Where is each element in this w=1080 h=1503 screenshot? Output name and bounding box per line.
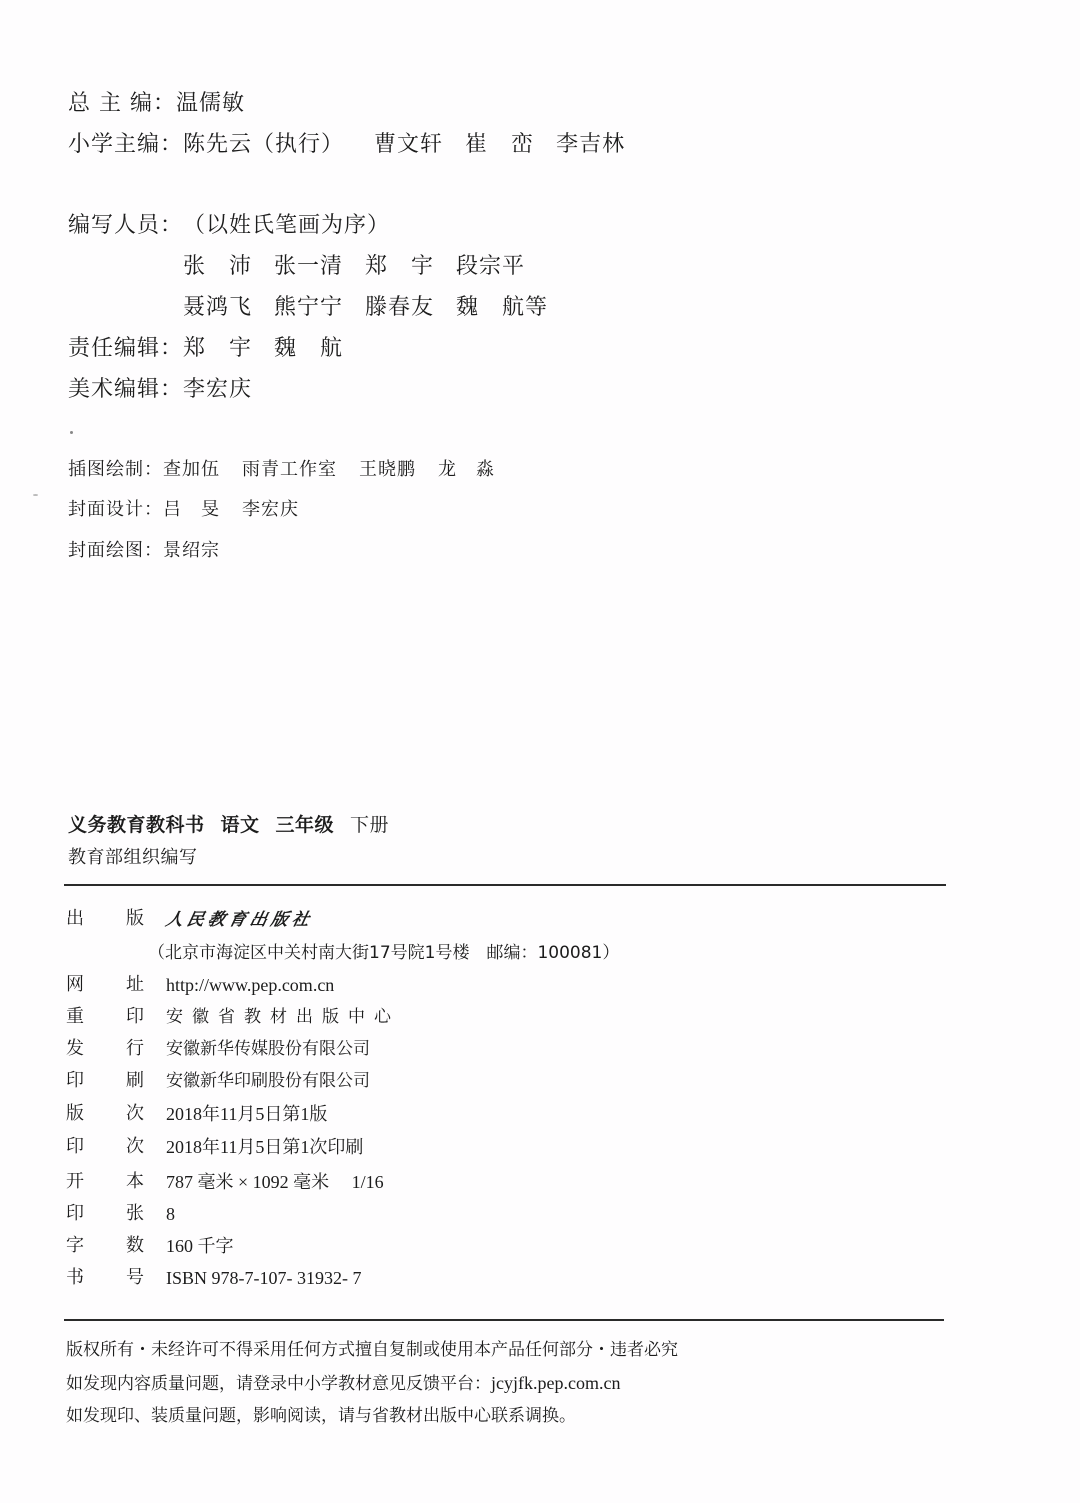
divider-top [64,884,946,886]
info-key: 次 [126,1134,150,1160]
info-key: 号 [126,1265,150,1291]
art-editor-line: 美术编辑：李宏庆 [68,375,252,405]
info-key: 字 [66,1233,90,1259]
info-key: 书 [66,1265,90,1291]
feedback-text: 如发现内容质量问题，请登录中小学教材意见反馈平台： [66,1374,491,1394]
responsible-editor-name: 郑 宇 [183,334,252,364]
compiled-by: 教育部组织编写 [68,843,198,869]
publisher-logo-wrap: 人民教育出版社 [166,906,313,933]
writer-name: 郑 宇 [365,252,434,282]
illustrators-line: 插图绘制：查加伍雨青工作室王晓鹏龙 淼 [68,457,517,483]
info-key: 行 [126,1036,150,1062]
publisher-address: （北京市海淀区中关村南大街17号院1号楼 邮编：100081） [148,940,619,966]
info-value: 2018年11月5日第1次印刷 [166,1134,363,1160]
info-key: 本 [126,1169,150,1195]
info-value: 8 [166,1201,175,1227]
cover-designer-name: 李宏庆 [242,497,299,523]
book-title: 义务教育教科书语文三年级下册 [68,810,405,837]
cover-drawing-label: 封面绘图： [68,540,163,561]
publisher-logo: 人民教育出版社 [163,907,316,933]
illustrator-name: 王晓鹏 [359,457,416,483]
writers-header-line: 编写人员：（以姓氏笔画为序） [68,211,390,241]
scan-speck [70,431,73,434]
info-key: 发 [66,1036,90,1062]
info-key: 印 [66,1134,90,1160]
writer-name: 聂鸿飞 [183,293,252,323]
art-editor-name: 李宏庆 [183,375,252,405]
primary-editors-line: 小学主编：陈先云（执行）曹文轩崔 峦李吉林 [68,130,647,160]
feedback-notice: 如发现内容质量问题，请登录中小学教材意见反馈平台：jcyjfk.pep.com.… [66,1370,620,1397]
cover-drawing-line: 封面绘图：景绍宗 [68,538,220,564]
chief-editor-label: 总 主 编： [68,89,176,119]
writer-name: 滕春友 [365,293,434,323]
cover-design-label: 封面设计： [68,497,163,523]
website-link[interactable]: http://www.pep.com.cn [166,972,334,998]
scan-speck [33,494,38,496]
info-value: 787 毫米 × 1092 毫米 1/16 [166,1169,384,1195]
illustrator-name: 查加伍 [163,457,220,483]
illustrator-name: 龙 淼 [438,457,495,483]
isbn-value: ISBN 978-7-107- 31932- 7 [166,1265,362,1291]
cover-designer-name: 吕 旻 [163,497,220,523]
writer-name: 张一清 [274,252,343,282]
info-key: 印 [66,1068,90,1094]
writer-name: 熊宁宁 [274,293,343,323]
primary-editors-label: 小学主编： [68,130,183,160]
info-key: 张 [126,1201,150,1227]
illustrator-name: 雨青工作室 [242,457,337,483]
info-key: 数 [126,1233,150,1259]
info-key: 重 [66,1004,90,1030]
primary-editor-name: 陈先云（执行） [183,130,344,160]
divider-bottom [64,1319,944,1321]
writer-name: 段宗平 [456,252,525,282]
book-title-series: 义务教育教科书 [68,814,205,836]
responsible-editors-label: 责任编辑： [68,334,183,364]
info-value: 2018年11月5日第1版 [166,1101,327,1127]
chief-editor-name: 温儒敏 [176,89,245,119]
feedback-link[interactable]: jcyjfk.pep.com.cn [491,1373,620,1393]
art-editor-label: 美术编辑： [68,375,183,405]
primary-editor-name: 曹文轩 [374,130,443,160]
info-value: 安徽新华印刷股份有限公司 [166,1068,370,1094]
info-key: 印 [66,1201,90,1227]
cover-design-line: 封面设计：吕 旻李宏庆 [68,497,321,523]
writer-name: 魏 航等 [456,293,548,323]
info-value: 160 千字 [166,1233,234,1259]
illustrators-label: 插图绘制： [68,457,163,483]
writers-order-note: （以姓氏笔画为序） [183,213,390,238]
responsible-editor-name: 魏 航 [274,334,343,364]
info-value: 安徽省教材出版中心 [166,1004,400,1030]
info-key: 出 [66,906,90,932]
writers-row-1: 张 沛张一清郑 宇段宗平 [183,252,547,282]
info-key: 次 [126,1101,150,1127]
info-key: 版 [126,906,150,932]
info-key: 版 [66,1101,90,1127]
info-key: 网 [66,972,90,998]
info-key: 开 [66,1169,90,1195]
print-quality-notice: 如发现印、装质量问题，影响阅读，请与省教材出版中心联系调换。 [66,1403,576,1429]
primary-editor-name: 李吉林 [556,130,625,160]
responsible-editors-line: 责任编辑：郑 宇魏 航 [68,334,365,364]
info-key: 址 [126,972,150,998]
writers-row-2: 聂鸿飞熊宁宁滕春友魏 航等 [183,293,570,323]
book-title-grade: 三年级 [276,814,335,836]
book-title-subject: 语文 [221,814,260,836]
info-value: 安徽新华传媒股份有限公司 [166,1036,370,1062]
writer-name: 张 沛 [183,252,252,282]
chief-editor-line: 总 主 编：温儒敏 [68,89,245,119]
writers-label: 编写人员： [68,211,183,241]
book-title-volume: 下册 [350,814,389,836]
info-key: 印 [126,1004,150,1030]
copyright-notice: 版权所有・未经许可不得采用任何方式擅自复制或使用本产品任何部分・违者必究 [66,1337,678,1363]
primary-editor-name: 崔 峦 [465,130,534,160]
info-key: 刷 [126,1068,150,1094]
cover-drawing-name: 景绍宗 [163,540,220,561]
